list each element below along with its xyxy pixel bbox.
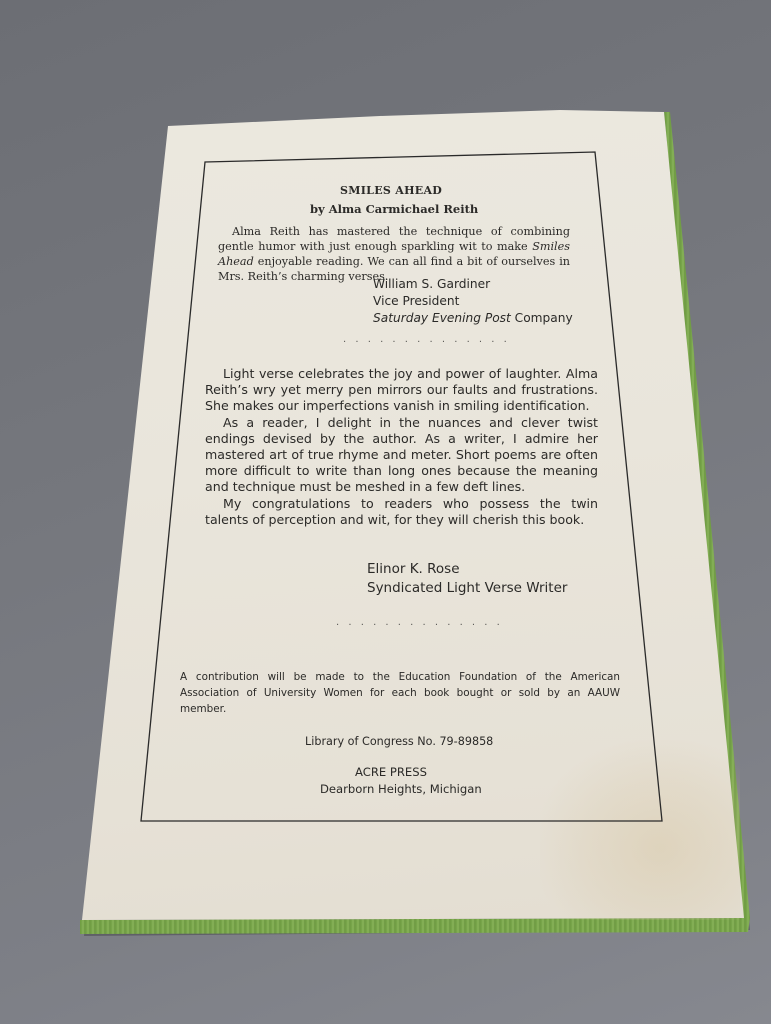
dotted-separator: . . . . . . . . . . . . . . (336, 617, 503, 628)
blurb-paragraph: As a reader, I delight in the nuances an… (205, 415, 598, 496)
blurb-paragraph: Light verse celebrates the joy and power… (205, 366, 598, 415)
signature-name: Elinor K. Rose (367, 560, 567, 579)
dotted-separator: . . . . . . . . . . . . . . (343, 334, 510, 345)
publisher-location: Dearborn Heights, Michigan (320, 782, 482, 796)
publisher-name: ACRE PRESS (355, 765, 427, 779)
book-byline: by Alma Carmichael Reith (310, 202, 478, 216)
library-of-congress-number: Library of Congress No. 79-89858 (305, 735, 493, 748)
signature-role: Syndicated Light Verse Writer (367, 579, 567, 598)
signature-rose: Elinor K. Rose Syndicated Light Verse Wr… (367, 560, 567, 598)
signature-role: Vice President (373, 293, 573, 310)
contribution-note: A contribution will be made to the Educa… (180, 669, 620, 717)
book-title: SMILES AHEAD (340, 184, 442, 197)
blurb-gardiner: Alma Reith has mastered the technique of… (218, 224, 570, 284)
blurb-paragraph: My congratulations to readers who posses… (205, 496, 598, 528)
blurb-rose: Light verse celebrates the joy and power… (205, 366, 598, 528)
signature-name: William S. Gardiner (373, 276, 573, 293)
signature-gardiner: William S. Gardiner Vice President Satur… (373, 276, 573, 327)
signature-org: Saturday Evening Post Company (373, 310, 573, 327)
